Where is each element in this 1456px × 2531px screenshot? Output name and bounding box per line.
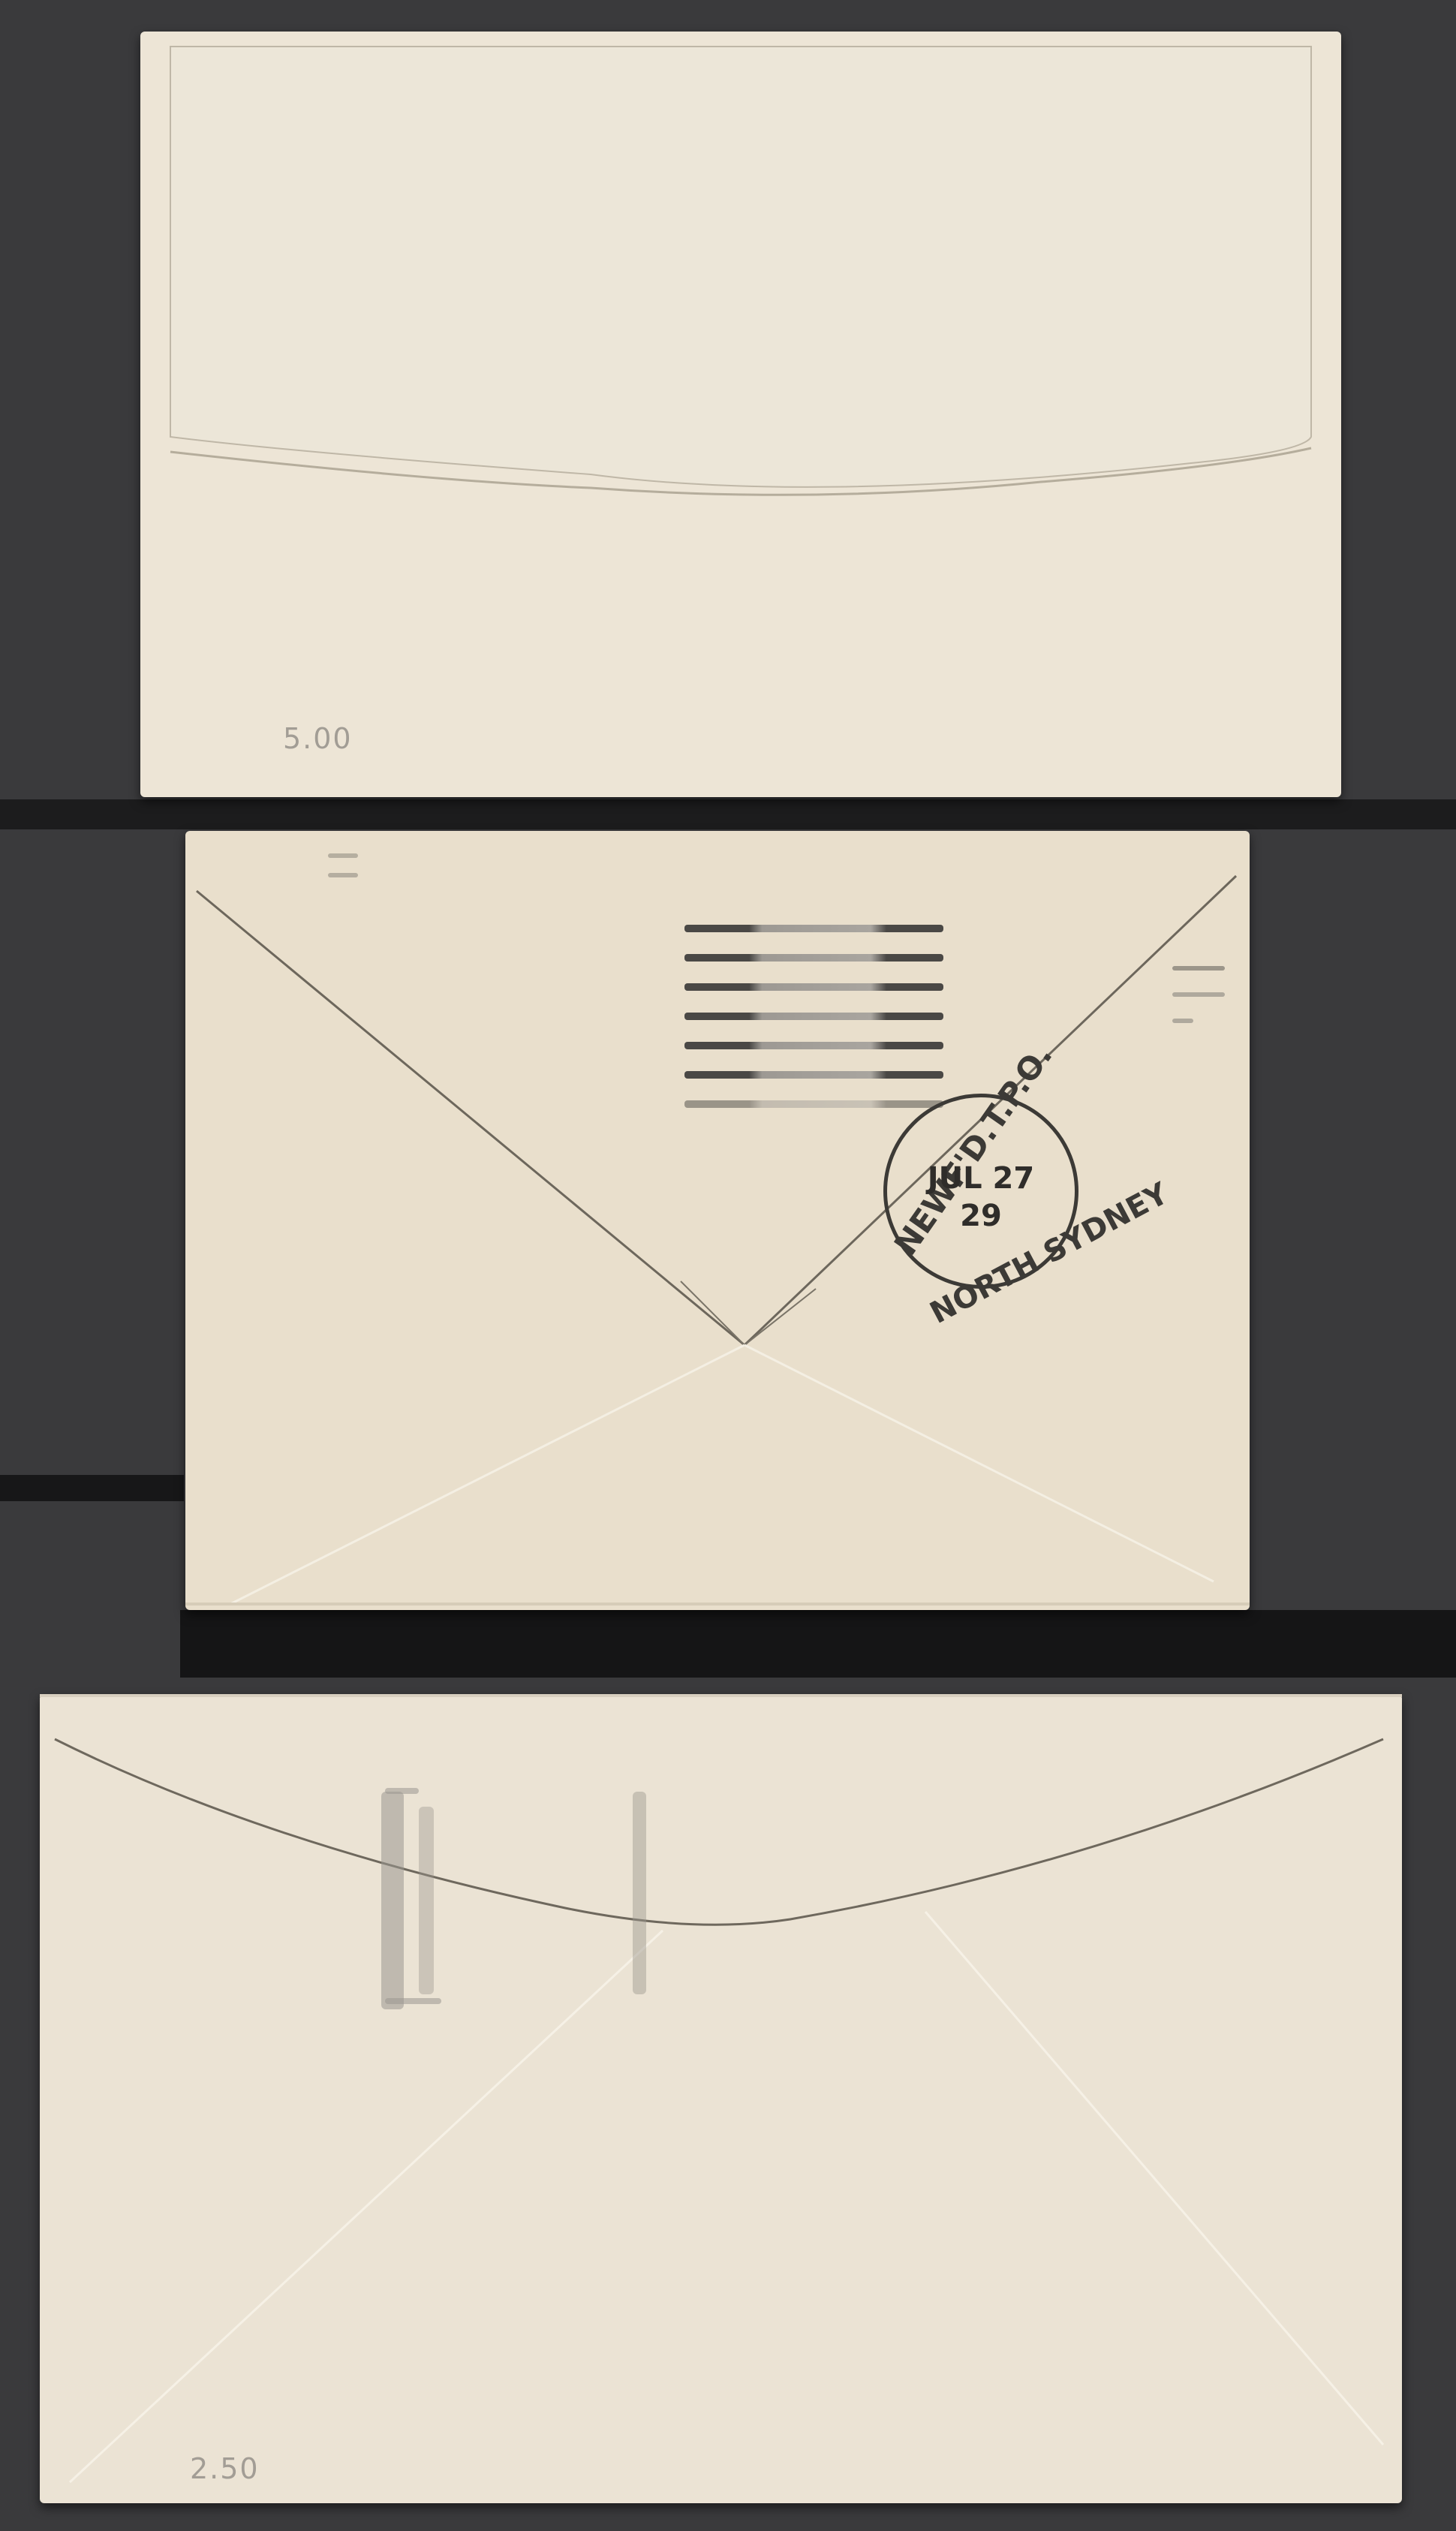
pencil-bracket-bottom bbox=[385, 1998, 441, 2004]
cancel-bar bbox=[684, 1013, 943, 1020]
pencil-price-bottom: 2.50 bbox=[190, 2452, 260, 2485]
machine-cancel-bars bbox=[684, 925, 943, 1130]
postmark-year: 29 bbox=[887, 1199, 1075, 1233]
cancel-bar bbox=[684, 1071, 943, 1079]
cancel-bar bbox=[684, 1100, 943, 1108]
pencil-price-top: 5.00 bbox=[283, 722, 353, 755]
shadow-band-bottom bbox=[180, 1610, 1456, 1678]
partial-cancel-left bbox=[328, 853, 358, 892]
circular-postmark: NEWF'D.T.P.O. JUL 27 29 NORTH SYDNEY bbox=[883, 1094, 1078, 1289]
partial-cancel-right bbox=[1172, 966, 1225, 1045]
envelope-top-flap bbox=[140, 32, 1341, 797]
cancel-bar bbox=[684, 954, 943, 962]
pencil-bracket-top bbox=[385, 1788, 419, 1794]
cancel-bar bbox=[684, 925, 943, 932]
shadow-band-top bbox=[0, 799, 1456, 829]
cancel-bar bbox=[684, 1042, 943, 1049]
pencil-bracket-mark bbox=[381, 1792, 404, 2009]
envelope-top: 5.00 bbox=[140, 32, 1341, 797]
shadow-band-left bbox=[0, 1475, 184, 1501]
envelope-middle: NEWF'D.T.P.O. JUL 27 29 NORTH SYDNEY bbox=[185, 831, 1250, 1610]
pencil-bracket-mark bbox=[419, 1807, 434, 1994]
envelope-bottom-flaps bbox=[40, 1694, 1402, 2503]
postmark-date: JUL 27 bbox=[887, 1161, 1075, 1196]
envelope-bottom: 2.50 bbox=[40, 1694, 1402, 2503]
cancel-bar bbox=[684, 983, 943, 991]
pencil-vertical-mark bbox=[633, 1792, 646, 1994]
